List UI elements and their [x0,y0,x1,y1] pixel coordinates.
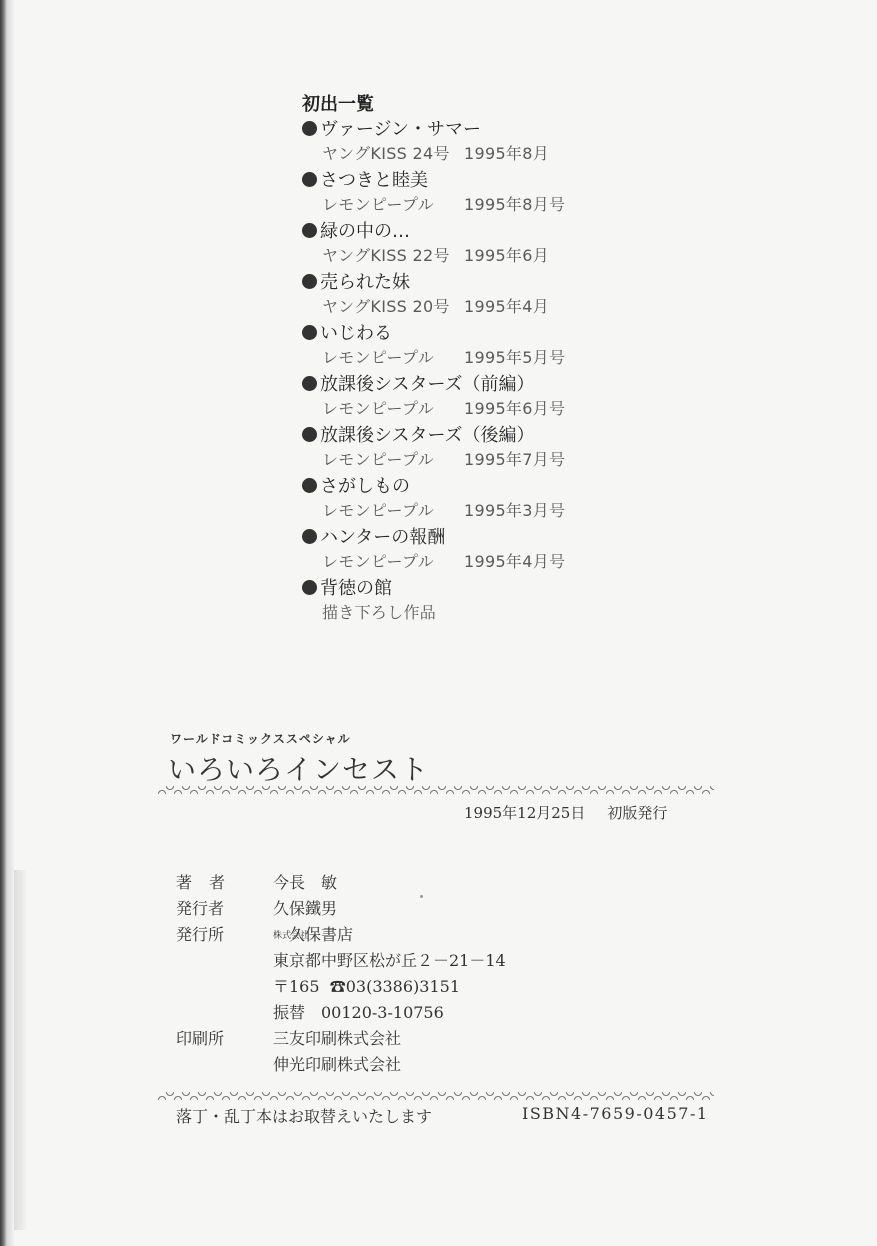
first-publication-list: 初出一覧 ヴァージン・サマー ヤングKISS 24号1995年8月 さつきと睦美… [302,92,565,628]
story-title: 放課後シスターズ（前編） [320,374,535,395]
bullet-icon [302,121,317,136]
credit-row-contact: 〒165 ☎03(3386)3151 [176,976,506,1002]
list-item: さがしもの レモンピープル1995年3月号 [302,475,565,526]
issue-date: 1995年5月号 [464,348,565,367]
credits-block: 著者今長 敏 発行者久保鐵男 発行所株式会社久保書店 東京都中野区松が丘２－21… [176,872,506,1080]
phone-number: ☎03(3386)3151 [330,977,460,996]
list-item: 放課後シスターズ（前編） レモンピープル1995年6月号 [302,373,565,424]
story-title: 緑の中の… [320,221,410,242]
story-title: ハンターの報酬 [320,527,445,548]
credit-row-transfer: 振替 00120-3-10756 [176,1002,506,1028]
publishing-house-name: 久保書店 [289,925,353,944]
story-title: いじわる [320,323,392,344]
bullet-icon [302,376,317,391]
story-title: 放課後シスターズ（後編） [320,425,535,446]
publication-date-line: 1995年12月25日初版発行 [464,802,667,823]
magazine-name: ヤングKISS 24号 [322,142,464,166]
bullet-icon [302,427,317,442]
credit-row-publisher: 発行者久保鐵男 [176,898,506,924]
book-binding-edge [0,0,14,1246]
magazine-name: レモンピープル [322,448,464,472]
publication-date: 1995年12月25日 [464,804,585,822]
bullet-icon [302,274,317,289]
author-label: 著者 [176,872,273,894]
issue-date: 1995年6月号 [464,399,565,418]
magazine-name: レモンピープル [322,499,464,523]
bullet-icon [302,223,317,238]
transfer-account: 振替 00120-3-10756 [273,1002,444,1024]
bullet-icon [302,325,317,340]
credit-row-publishing-house: 発行所株式会社久保書店 [176,924,506,950]
magazine-name: ヤングKISS 22号 [322,244,464,268]
list-item: 背徳の館 描き下ろし作品 [302,577,565,628]
issue-date: 1995年4月号 [464,552,565,571]
story-title: 背徳の館 [320,578,392,599]
first-publication-heading: 初出一覧 [302,92,565,118]
bullet-icon [302,580,317,595]
list-item: ハンターの報酬 レモンピープル1995年4月号 [302,526,565,577]
magazine-name: レモンピープル [322,193,464,217]
wavy-divider [158,1092,714,1100]
bullet-icon [302,529,317,544]
issue-date: 1995年7月号 [464,450,565,469]
series-name: ワールドコミックススペシャル [170,730,351,747]
list-item: ヴァージン・サマー ヤングKISS 24号1995年8月 [302,118,565,169]
publisher-label: 発行者 [176,898,273,920]
credit-row-printer: 印刷所三友印刷株式会社 [176,1028,506,1054]
printer-name-2: 伸光印刷株式会社 [273,1054,401,1076]
publishing-house-label: 発行所 [176,924,273,946]
postal-code: 〒165 [273,977,320,996]
list-item: 緑の中の… ヤングKISS 22号1995年6月 [302,220,565,271]
bullet-icon [302,478,317,493]
publisher-name: 久保鐵男 [273,898,337,920]
issue-date: 1995年8月号 [464,195,565,214]
magazine-name: レモンピープル [322,550,464,574]
story-title: さがしもの [320,476,410,497]
story-title: 売られた妹 [320,272,410,293]
magazine-name: 描き下ろし作品 [322,601,464,625]
credit-row-printer-2: 伸光印刷株式会社 [176,1054,506,1080]
credit-row-author: 著者今長 敏 [176,872,506,898]
edition-label: 初版発行 [607,804,667,822]
list-item: 放課後シスターズ（後編） レモンピープル1995年7月号 [302,424,565,475]
issue-date: 1995年4月 [464,297,549,316]
magazine-name: ヤングKISS 20号 [322,295,464,319]
list-item: さつきと睦美 レモンピープル1995年8月号 [302,169,565,220]
book-title: いろいろインセスト [168,748,429,788]
issue-date: 1995年8月 [464,144,549,163]
wavy-divider [158,786,714,794]
issue-date: 1995年3月号 [464,501,565,520]
printer-name-1: 三友印刷株式会社 [273,1028,401,1050]
magazine-name: レモンピープル [322,346,464,370]
bullet-icon [302,172,317,187]
list-item: 売られた妹 ヤングKISS 20号1995年4月 [302,271,565,322]
story-title: ヴァージン・サマー [320,119,481,140]
address: 東京都中野区松が丘２－21－14 [273,950,506,972]
isbn: ISBN4-7659-0457-1 [522,1104,709,1123]
printer-label: 印刷所 [176,1028,273,1050]
credit-row-address: 東京都中野区松が丘２－21－14 [176,950,506,976]
story-title: さつきと睦美 [320,170,428,191]
author-name: 今長 敏 [273,872,337,894]
issue-date: 1995年6月 [464,246,549,265]
page-shadow [14,870,28,1230]
replacement-notice: 落丁・乱丁本はお取替えいたします [176,1104,432,1127]
company-type-mark: 株式会社 [273,932,287,941]
magazine-name: レモンピープル [322,397,464,421]
list-item: いじわる レモンピープル1995年5月号 [302,322,565,373]
